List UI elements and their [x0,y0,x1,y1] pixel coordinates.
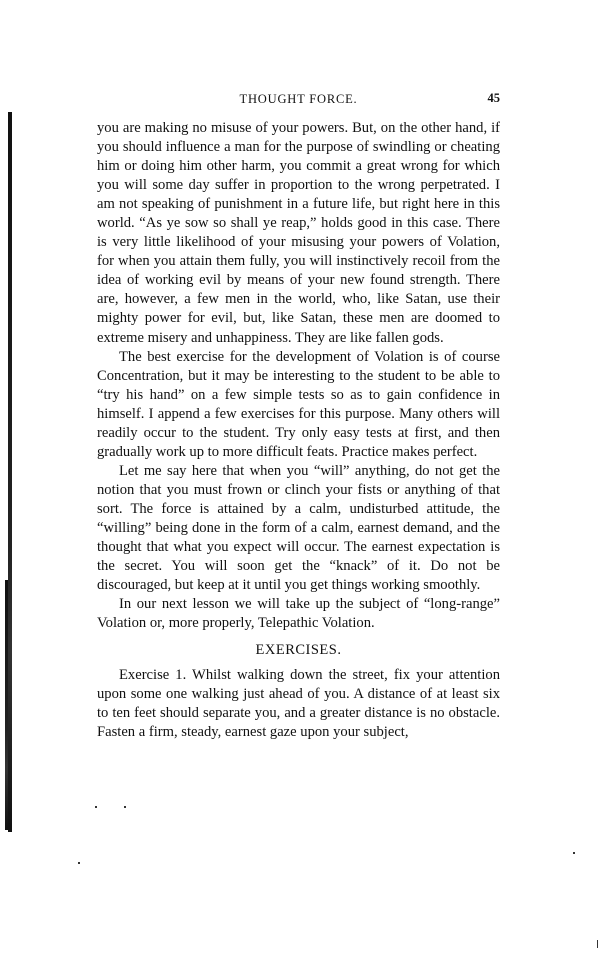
scan-speck [95,806,97,808]
paragraph-willing: Let me say here that when you “will” any… [97,462,500,595]
scan-speck [597,940,598,948]
scan-speck [124,806,126,808]
scan-speck [573,852,575,854]
paragraph-next-lesson: In our next lesson we will take up the s… [97,595,500,633]
page-number: 45 [488,91,501,106]
paragraph-concentration: The best exercise for the development of… [97,348,500,462]
scan-binding-edge-lower [5,580,8,830]
page-header: THOUGHT FORCE. 45 [97,90,500,110]
scan-speck [78,862,80,864]
paragraph-exercise-1: Exercise 1. Whilst walking down the stre… [97,666,500,742]
running-title: THOUGHT FORCE. [97,92,500,107]
page-body: you are making no misuse of your powers.… [97,119,500,743]
paragraph-continuation: you are making no misuse of your powers.… [97,119,500,348]
section-heading-exercises: EXERCISES. [97,641,500,660]
scan-binding-edge [8,112,12,832]
